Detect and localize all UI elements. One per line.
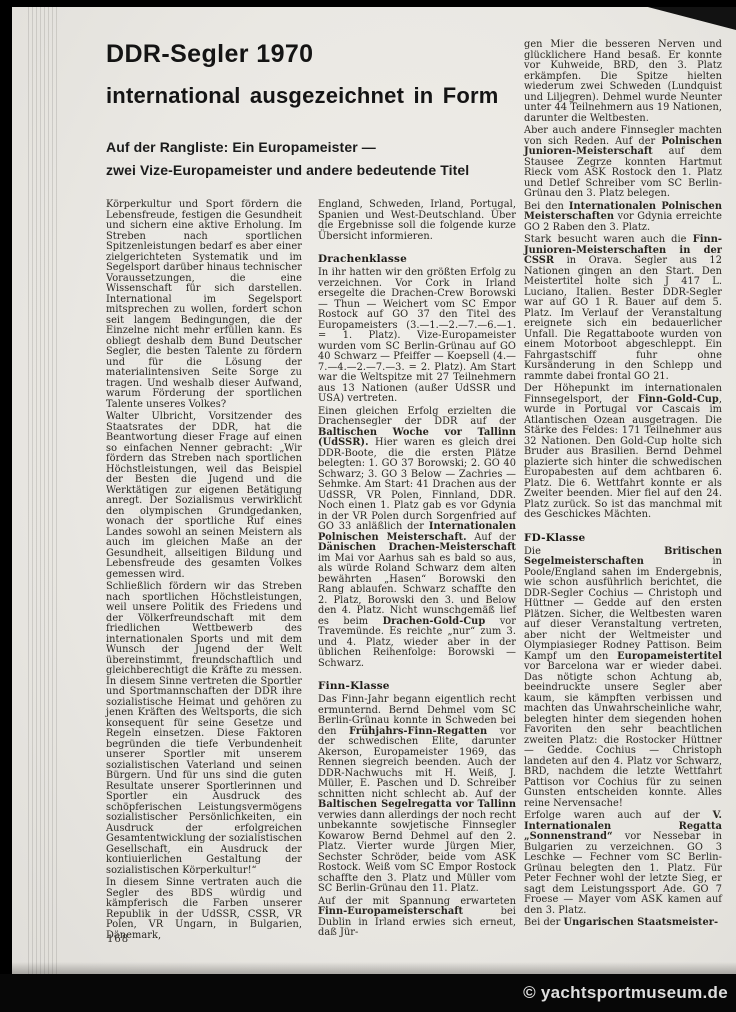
text-run: Walter Ulbricht, Vorsitzender des Staats… <box>106 411 302 580</box>
article-paragraph: Der Höhepunkt im internationalen Finnseg… <box>524 384 722 521</box>
text-column-1: Körperkultur und Sport fördern die Leben… <box>106 200 302 943</box>
text-run: Hier waren es gleich drei DDR-Boote, die… <box>318 437 516 532</box>
article-paragraph: England, Schweden, Irland, Portugal, Spa… <box>318 200 516 242</box>
text-run: In diesem Sinne vertraten auch die Segle… <box>106 877 302 941</box>
article-paragraph: Körperkultur und Sport fördern die Leben… <box>106 200 302 410</box>
section-heading: Finn-Klasse <box>318 680 516 692</box>
text-run: in Poole/England sahen im Endergebnis, w… <box>524 556 722 662</box>
text-run: vor Nessebar in Bulgarien zu verzeichnen… <box>524 831 722 916</box>
text-run: gen Mier die besseren Nerven und glückli… <box>524 39 722 124</box>
article-title: DDR-Segler 1970 <box>106 41 546 67</box>
text-run: Stark besucht waren auch die <box>524 234 693 245</box>
article-paragraph: Stark besucht waren auch die Finn-Junior… <box>524 235 722 382</box>
bold-text-run: Finn-Europameisterschaft <box>318 906 463 917</box>
article-paragraph: Erfolge waren auch auf der V. Internatio… <box>524 811 722 916</box>
text-run: Auf der mit Spannung erwarteten <box>318 896 516 907</box>
text-run: Auf der <box>467 532 516 543</box>
text-run: vor Barcelona war er wieder dabei. Das n… <box>524 661 722 809</box>
text-run: Einen gleichen Erfolg erzielten die Drac… <box>318 406 516 428</box>
article-kicker-line2: zwei Vize-Europameister und andere bedeu… <box>106 159 546 182</box>
text-run: England, Schweden, Irland, Portugal, Spa… <box>318 199 516 242</box>
text-run: Schließlich fördern wir das Streben nach… <box>106 581 302 876</box>
bold-text-run: Ungarischen Staatsmeister- <box>564 917 719 928</box>
article-paragraph: Einen gleichen Erfolg erzielten die Drac… <box>318 407 516 670</box>
bold-text-run: Dänischen Drachen-Meisterschaft <box>318 542 516 553</box>
text-run: Körperkultur und Sport fördern die Leben… <box>106 199 302 410</box>
article-paragraph: In ihr hatten wir den größten Erfolg zu … <box>318 268 516 405</box>
page-corner-shadow <box>644 6 736 30</box>
page-edge-streaks <box>28 7 60 974</box>
section-heading: FD-Klasse <box>524 532 722 544</box>
text-run: Erfolge waren auch auf der <box>524 810 713 821</box>
article-paragraph: Bei den Internationalen Polnischen Meist… <box>524 202 722 234</box>
article-paragraph: In diesem Sinne vertraten auch die Segle… <box>106 878 302 941</box>
article-paragraph: Das Finn-Jahr begann eigentlich recht er… <box>318 695 516 895</box>
text-run: , wurde in Portugal vor Cascais im Atlan… <box>524 394 722 521</box>
text-column-3: gen Mier die besseren Nerven und glückli… <box>524 40 722 931</box>
article-kicker-line1: Auf der Rangliste: Ein Europameister — <box>106 136 546 159</box>
article-header: DDR-Segler 1970 international ausgezeich… <box>106 41 546 182</box>
text-run: Bei der <box>524 917 564 928</box>
watermark-text: © yachtsportmuseum.de <box>523 983 728 1003</box>
bold-text-run: Finn-Gold-Cup <box>638 394 719 405</box>
scan-root: { "page": { "title_line1": "DDR-Segler 1… <box>0 0 736 1012</box>
article-paragraph: Die Britischen Segelmeisterschaften in P… <box>524 547 722 810</box>
text-run: in Orava. Segler aus 12 Nationen gingen … <box>524 255 722 382</box>
page-number: 168 <box>107 934 129 946</box>
text-run: vor der schwedischen Elite, darunter Ake… <box>318 726 516 800</box>
text-column-2: England, Schweden, Irland, Portugal, Spa… <box>318 200 516 941</box>
bold-text-run: Baltischen Segelregatta vor Tallinn <box>318 799 516 810</box>
article-title-line2: international ausgezeichnet in Form <box>106 84 546 107</box>
book-page: DDR-Segler 1970 international ausgezeich… <box>12 7 736 974</box>
article-paragraph: Schließlich fördern wir das Streben nach… <box>106 582 302 876</box>
section-heading: Drachenklasse <box>318 253 516 265</box>
article-paragraph: Walter Ulbricht, Vorsitzender des Staats… <box>106 412 302 580</box>
article-paragraph: gen Mier die besseren Nerven und glückli… <box>524 40 722 124</box>
text-run: In ihr hatten wir den größten Erfolg zu … <box>318 267 516 404</box>
article-paragraph: Aber auch andere Finnsegler machten von … <box>524 126 722 200</box>
bold-text-run: Frühjahrs-Finn-Regatten <box>349 726 487 737</box>
article-paragraph: Auf der mit Spannung erwarteten Finn-Eur… <box>318 897 516 939</box>
watermark-bar: © yachtsportmuseum.de <box>0 974 736 1012</box>
text-run: Bei den <box>524 201 569 212</box>
text-run: Die <box>524 546 664 557</box>
bold-text-run: Drachen-Gold-Cup <box>383 616 486 627</box>
bold-text-run: Europameistertitel <box>617 651 722 662</box>
text-run: verwies dann allerdings der noch recht u… <box>318 810 516 895</box>
scan-background: DDR-Segler 1970 international ausgezeich… <box>0 0 736 1012</box>
article-paragraph: Bei der Ungarischen Staatsmeister- <box>524 918 722 929</box>
